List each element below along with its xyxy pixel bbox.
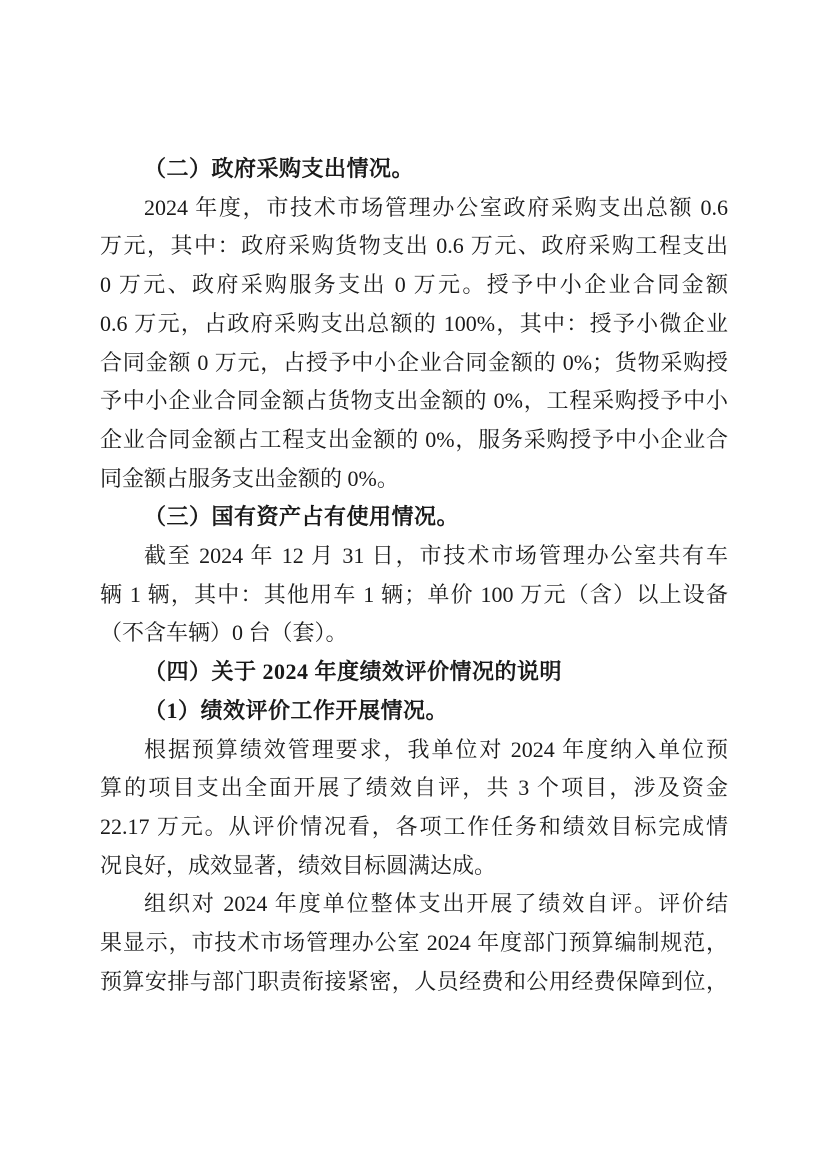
heading-section-3-state-assets: （三）国有资产占有使用情况。 (100, 498, 728, 537)
text-line: 万元，其中：政府采购货物支出 0.6 万元、政府采购工程支出 (100, 227, 728, 266)
text-line: 算的项目支出全面开展了绩效自评，共 3 个项目，涉及资金 (100, 769, 728, 808)
document-body: （二）政府采购支出情况。2024 年度，市技术市场管理办公室政府采购支出总额 0… (100, 150, 728, 1001)
text-line: 辆 1 辆，其中：其他用车 1 辆；单价 100 万元（含）以上设备 (100, 576, 728, 615)
text-line: 截至 2024 年 12 月 31 日，市技术市场管理办公室共有车 (100, 537, 728, 576)
text-line: 0 万元、政府采购服务支出 0 万元。授予中小企业合同金额 (100, 266, 728, 305)
text-line: 22.17 万元。从评价情况看，各项工作任务和绩效目标完成情 (100, 808, 728, 847)
paragraph-procurement-detail: 2024 年度，市技术市场管理办公室政府采购支出总额 0.6万元，其中：政府采购… (100, 189, 728, 499)
text-line: 企业合同金额占工程支出金额的 0%，服务采购授予中小企业合 (100, 421, 728, 460)
document-page: （二）政府采购支出情况。2024 年度，市技术市场管理办公室政府采购支出总额 0… (0, 0, 826, 1169)
text-line: 预算安排与部门职责衔接紧密，人员经费和公用经费保障到位， (100, 963, 728, 1002)
heading-section-2-government-procurement: （二）政府采购支出情况。 (100, 150, 728, 189)
text-line: 0.6 万元，占政府采购支出总额的 100%，其中：授予小微企业 (100, 305, 728, 344)
heading-subsection-1-evaluation-work: （1）绩效评价工作开展情况。 (100, 692, 728, 731)
paragraph-state-assets-detail: 截至 2024 年 12 月 31 日，市技术市场管理办公室共有车辆 1 辆，其… (100, 537, 728, 653)
text-line: 况良好，成效显著，绩效目标圆满达成。 (100, 847, 728, 886)
paragraph-overall-self-evaluation: 组织对 2024 年度单位整体支出开展了绩效自评。评价结果显示，市技术市场管理办… (100, 885, 728, 1001)
heading-section-4-performance-evaluation: （四）关于 2024 年度绩效评价情况的说明 (100, 653, 728, 692)
paragraph-project-self-evaluation: 根据预算绩效管理要求，我单位对 2024 年度纳入单位预算的项目支出全面开展了绩… (100, 731, 728, 886)
text-line: 予中小企业合同金额占货物支出金额的 0%，工程采购授予中小 (100, 382, 728, 421)
text-line: 组织对 2024 年度单位整体支出开展了绩效自评。评价结 (100, 885, 728, 924)
text-line: （不含车辆）0 台（套）。 (100, 614, 728, 653)
text-line: 2024 年度，市技术市场管理办公室政府采购支出总额 0.6 (100, 189, 728, 228)
text-line: 果显示，市技术市场管理办公室 2024 年度部门预算编制规范， (100, 924, 728, 963)
text-line: 根据预算绩效管理要求，我单位对 2024 年度纳入单位预 (100, 731, 728, 770)
text-line: 合同金额 0 万元，占授予中小企业合同金额的 0%；货物采购授 (100, 344, 728, 383)
text-line: 同金额占服务支出金额的 0%。 (100, 460, 728, 499)
